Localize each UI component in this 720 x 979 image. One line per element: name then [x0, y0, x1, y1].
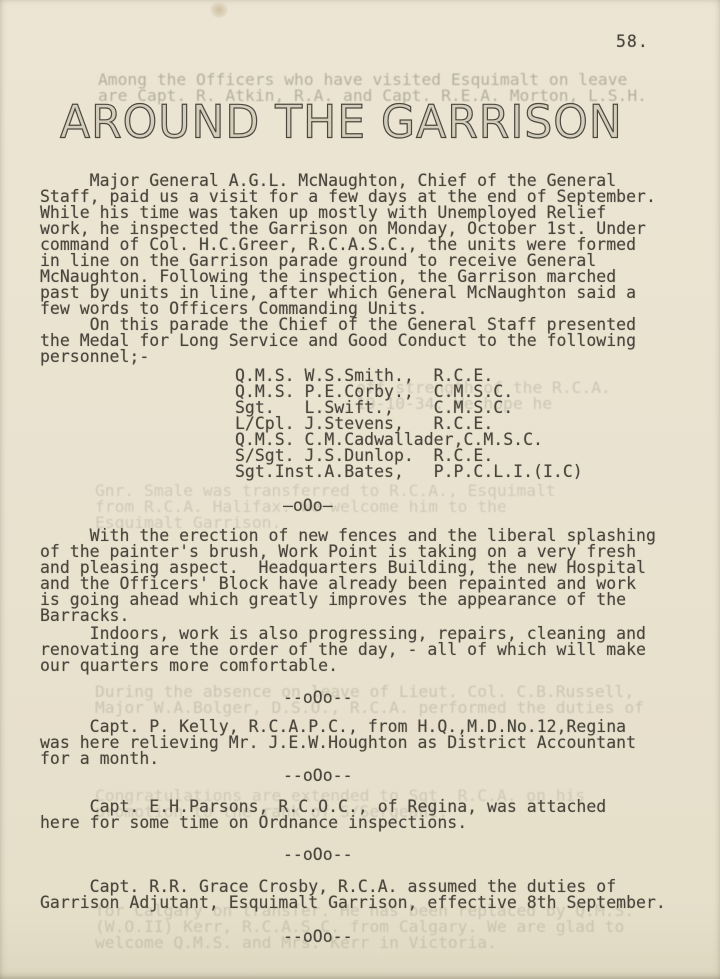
article-body: Major General A.G.L. McNaughton, Chief o…: [40, 173, 688, 945]
paragraph-work-point-painting: With the erection of new fences and the …: [40, 528, 688, 624]
medal-recipients-list: Q.M.S. W.S.Smith., R.C.E. Q.M.S. P.E.Cor…: [40, 368, 688, 480]
page-number: 58.: [616, 32, 649, 51]
page-title: AROUND THE GARRISON: [60, 96, 660, 149]
section-divider: --oOo--: [40, 768, 688, 784]
paragraph-capt-parsons: Capt. E.H.Parsons, R.C.O.C., of Regina, …: [40, 799, 688, 831]
paragraph-medal-presentation: On this parade the Chief of the General …: [40, 317, 688, 365]
paragraph-indoor-renovations: Indoors, work is also progressing, repai…: [40, 626, 688, 674]
section-divider: --oOo--: [40, 929, 688, 945]
section-divider: —oOo—: [40, 498, 688, 514]
paragraph-capt-crosby: Capt. R.R. Grace Crosby, R.C.A. assumed …: [40, 879, 688, 911]
section-divider: --oOo--: [40, 847, 688, 863]
section-divider: --oOo--: [40, 690, 688, 706]
paper-stain: [210, 2, 228, 18]
paragraph-capt-kelly: Capt. P. Kelly, R.C.A.P.C., from H.Q.,M.…: [40, 719, 688, 767]
paragraph-mcnaughton-visit: Major General A.G.L. McNaughton, Chief o…: [40, 173, 688, 317]
document-page: 58. Among the Officers who have visited …: [0, 0, 720, 979]
